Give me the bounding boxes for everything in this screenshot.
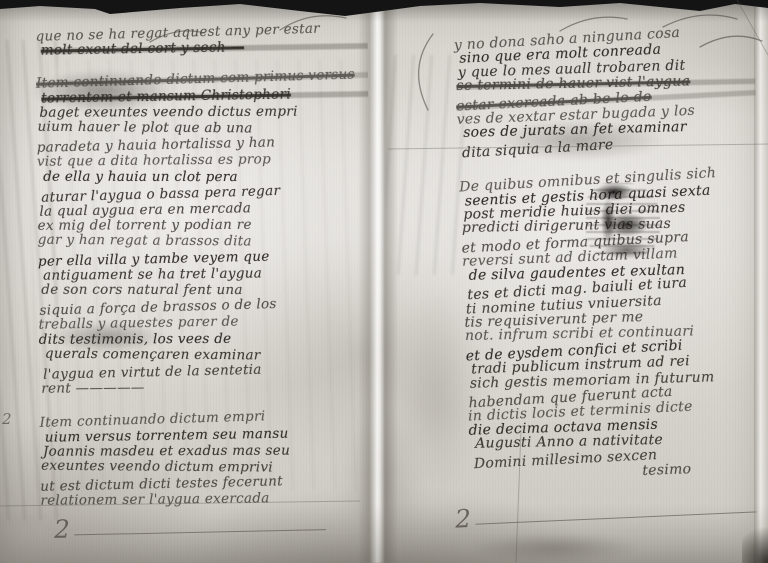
top-edge-shadow	[0, 0, 768, 22]
paragraph: Item continuando dictum empriuium versus…	[40, 409, 373, 510]
manuscript-line: baget exeuntes veendo dictus empri	[39, 103, 368, 121]
right-page-end-mark: 2	[455, 495, 758, 530]
left-page-end-mark: 2	[54, 513, 326, 541]
scan-top-edge	[0, 0, 768, 16]
curled-corner-bottom-right	[742, 519, 768, 563]
stain-bottom-center	[470, 533, 640, 563]
left-page-text: que no se ha regat aquest any per estarm…	[35, 22, 372, 509]
bleedthrough-right-of-fold	[386, 55, 464, 275]
right-page-text: y no dona saho a ninguna cosasino que er…	[453, 24, 768, 486]
paragraph: que no se ha regat aquest any per estarm…	[35, 22, 367, 58]
end-mark-rule	[74, 529, 326, 535]
margin-number: 2	[2, 410, 12, 428]
manuscript-line: tesimo	[642, 459, 768, 479]
end-mark-rule	[475, 511, 757, 524]
paragraph: De quibus omnibus et singulis sichseenti…	[459, 167, 768, 486]
manuscript-line: rent —————	[41, 378, 371, 398]
paragraph: y no dona saho a ninguna cosasino que er…	[453, 24, 758, 159]
manuscript-scan: que no se ha regat aquest any per estarm…	[0, 0, 768, 563]
manuscript-line: dits testimonis, los vees de	[39, 330, 371, 348]
manuscript-line: relationem ser l'aygua exercada	[40, 490, 372, 510]
paragraph: Item continuando dictum com primus versu…	[36, 70, 371, 398]
end-mark-numeral: 2	[54, 519, 70, 541]
manuscript-line: antiguament se ha tret l'aygua	[43, 264, 370, 284]
end-mark-numeral: 2	[455, 508, 472, 531]
pen-flourish	[419, 34, 433, 110]
manuscript-line: vist que a dita hortalissa es prop	[37, 151, 369, 171]
